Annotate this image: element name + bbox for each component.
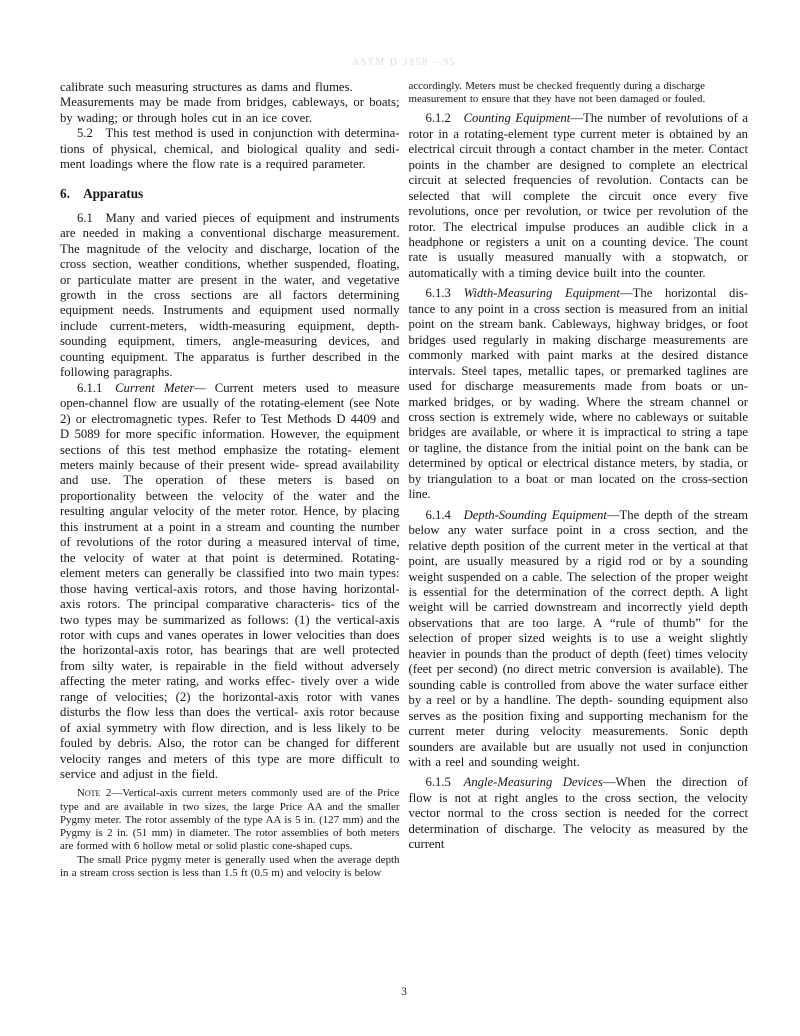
paragraph: 6.1 Many and varied pieces of equipment … xyxy=(60,211,400,381)
paragraph: 5.2 This test method is used in conjunct… xyxy=(60,126,400,172)
term-italic: Counting Equipment xyxy=(464,111,571,125)
text-segment: 6. Apparatus xyxy=(60,186,143,201)
text-segment: 6.1.5 xyxy=(426,775,464,789)
text-segment: —The number of revolutions of a rotor in… xyxy=(409,111,749,280)
term-italic: Width-Measuring Equipment xyxy=(464,286,620,300)
term-italic: Angle-Measuring Devices xyxy=(464,775,603,789)
text-segment: —The depth of the stream below any water… xyxy=(409,508,749,769)
page-header: ASTM D 3858 – 95 xyxy=(60,52,748,70)
section-heading: 6. Apparatus xyxy=(60,186,400,202)
paragraph: 6.1.3 Width-Measuring Equipment—The hori… xyxy=(409,286,749,502)
text-segment: 6.1.2 xyxy=(426,111,464,125)
paragraph: 6.1.2 Counting Equipment—The number of r… xyxy=(409,111,749,281)
paragraph: Note 2—Vertical-axis current meters comm… xyxy=(60,787,400,853)
left-column: calibrate such measuring structures as d… xyxy=(60,80,400,880)
paragraph: The small Price pygmy meter is generally… xyxy=(60,854,400,880)
text-segment: calibrate such measuring structures as d… xyxy=(60,80,353,94)
document-page: ASTM D 3858 – 95 calibrate such measurin… xyxy=(0,0,800,1036)
text-segment: 6.1 Many and varied pieces of equipment … xyxy=(60,211,400,380)
page-footer: 3 xyxy=(60,986,748,998)
paragraph: 6.1.5 Angle-Measuring Devices—When the d… xyxy=(409,775,749,852)
right-column: accordingly. Meters must be checked freq… xyxy=(409,80,749,880)
text-segment: accordingly. Meters must be checked freq… xyxy=(409,80,706,92)
two-column-text-layout: calibrate such measuring structures as d… xyxy=(60,80,748,880)
text-segment: 6.1.3 xyxy=(426,286,464,300)
paragraph: calibrate such measuring structures as d… xyxy=(60,80,400,95)
paragraph: 6.1.1 Current Meter— Current meters used… xyxy=(60,381,400,783)
paragraph: 6.1.4 Depth-Sounding Equipment—The depth… xyxy=(409,508,749,771)
term-italic: Depth-Sounding Equipment xyxy=(464,508,607,522)
paragraph: accordingly. Meters must be checked freq… xyxy=(409,80,749,93)
text-segment: —The horizontal dis- tance to any point … xyxy=(409,286,749,501)
text-segment: Current meters used to measure open-chan… xyxy=(60,381,400,781)
page-number: 3 xyxy=(401,986,407,998)
text-segment: Measurements may be made from bridges, c… xyxy=(60,95,400,124)
text-segment: 2—Vertical-axis current meters commonly … xyxy=(60,787,400,852)
text-segment: 5.2 This test method is used in conjunct… xyxy=(60,126,400,171)
paragraph: measurement to ensure that they have not… xyxy=(409,93,749,106)
text-segment: measurement to ensure that they have not… xyxy=(409,93,706,105)
smallcaps-label: Note xyxy=(77,787,100,799)
standard-designation-watermark: ASTM D 3858 – 95 xyxy=(352,57,456,68)
paragraph: Measurements may be made from bridges, c… xyxy=(60,95,400,126)
text-segment: 6.1.1 xyxy=(77,381,115,395)
term-italic: Current Meter— xyxy=(115,381,205,395)
text-segment: 6.1.4 xyxy=(426,508,464,522)
text-segment: The small Price pygmy meter is generally… xyxy=(60,854,400,879)
